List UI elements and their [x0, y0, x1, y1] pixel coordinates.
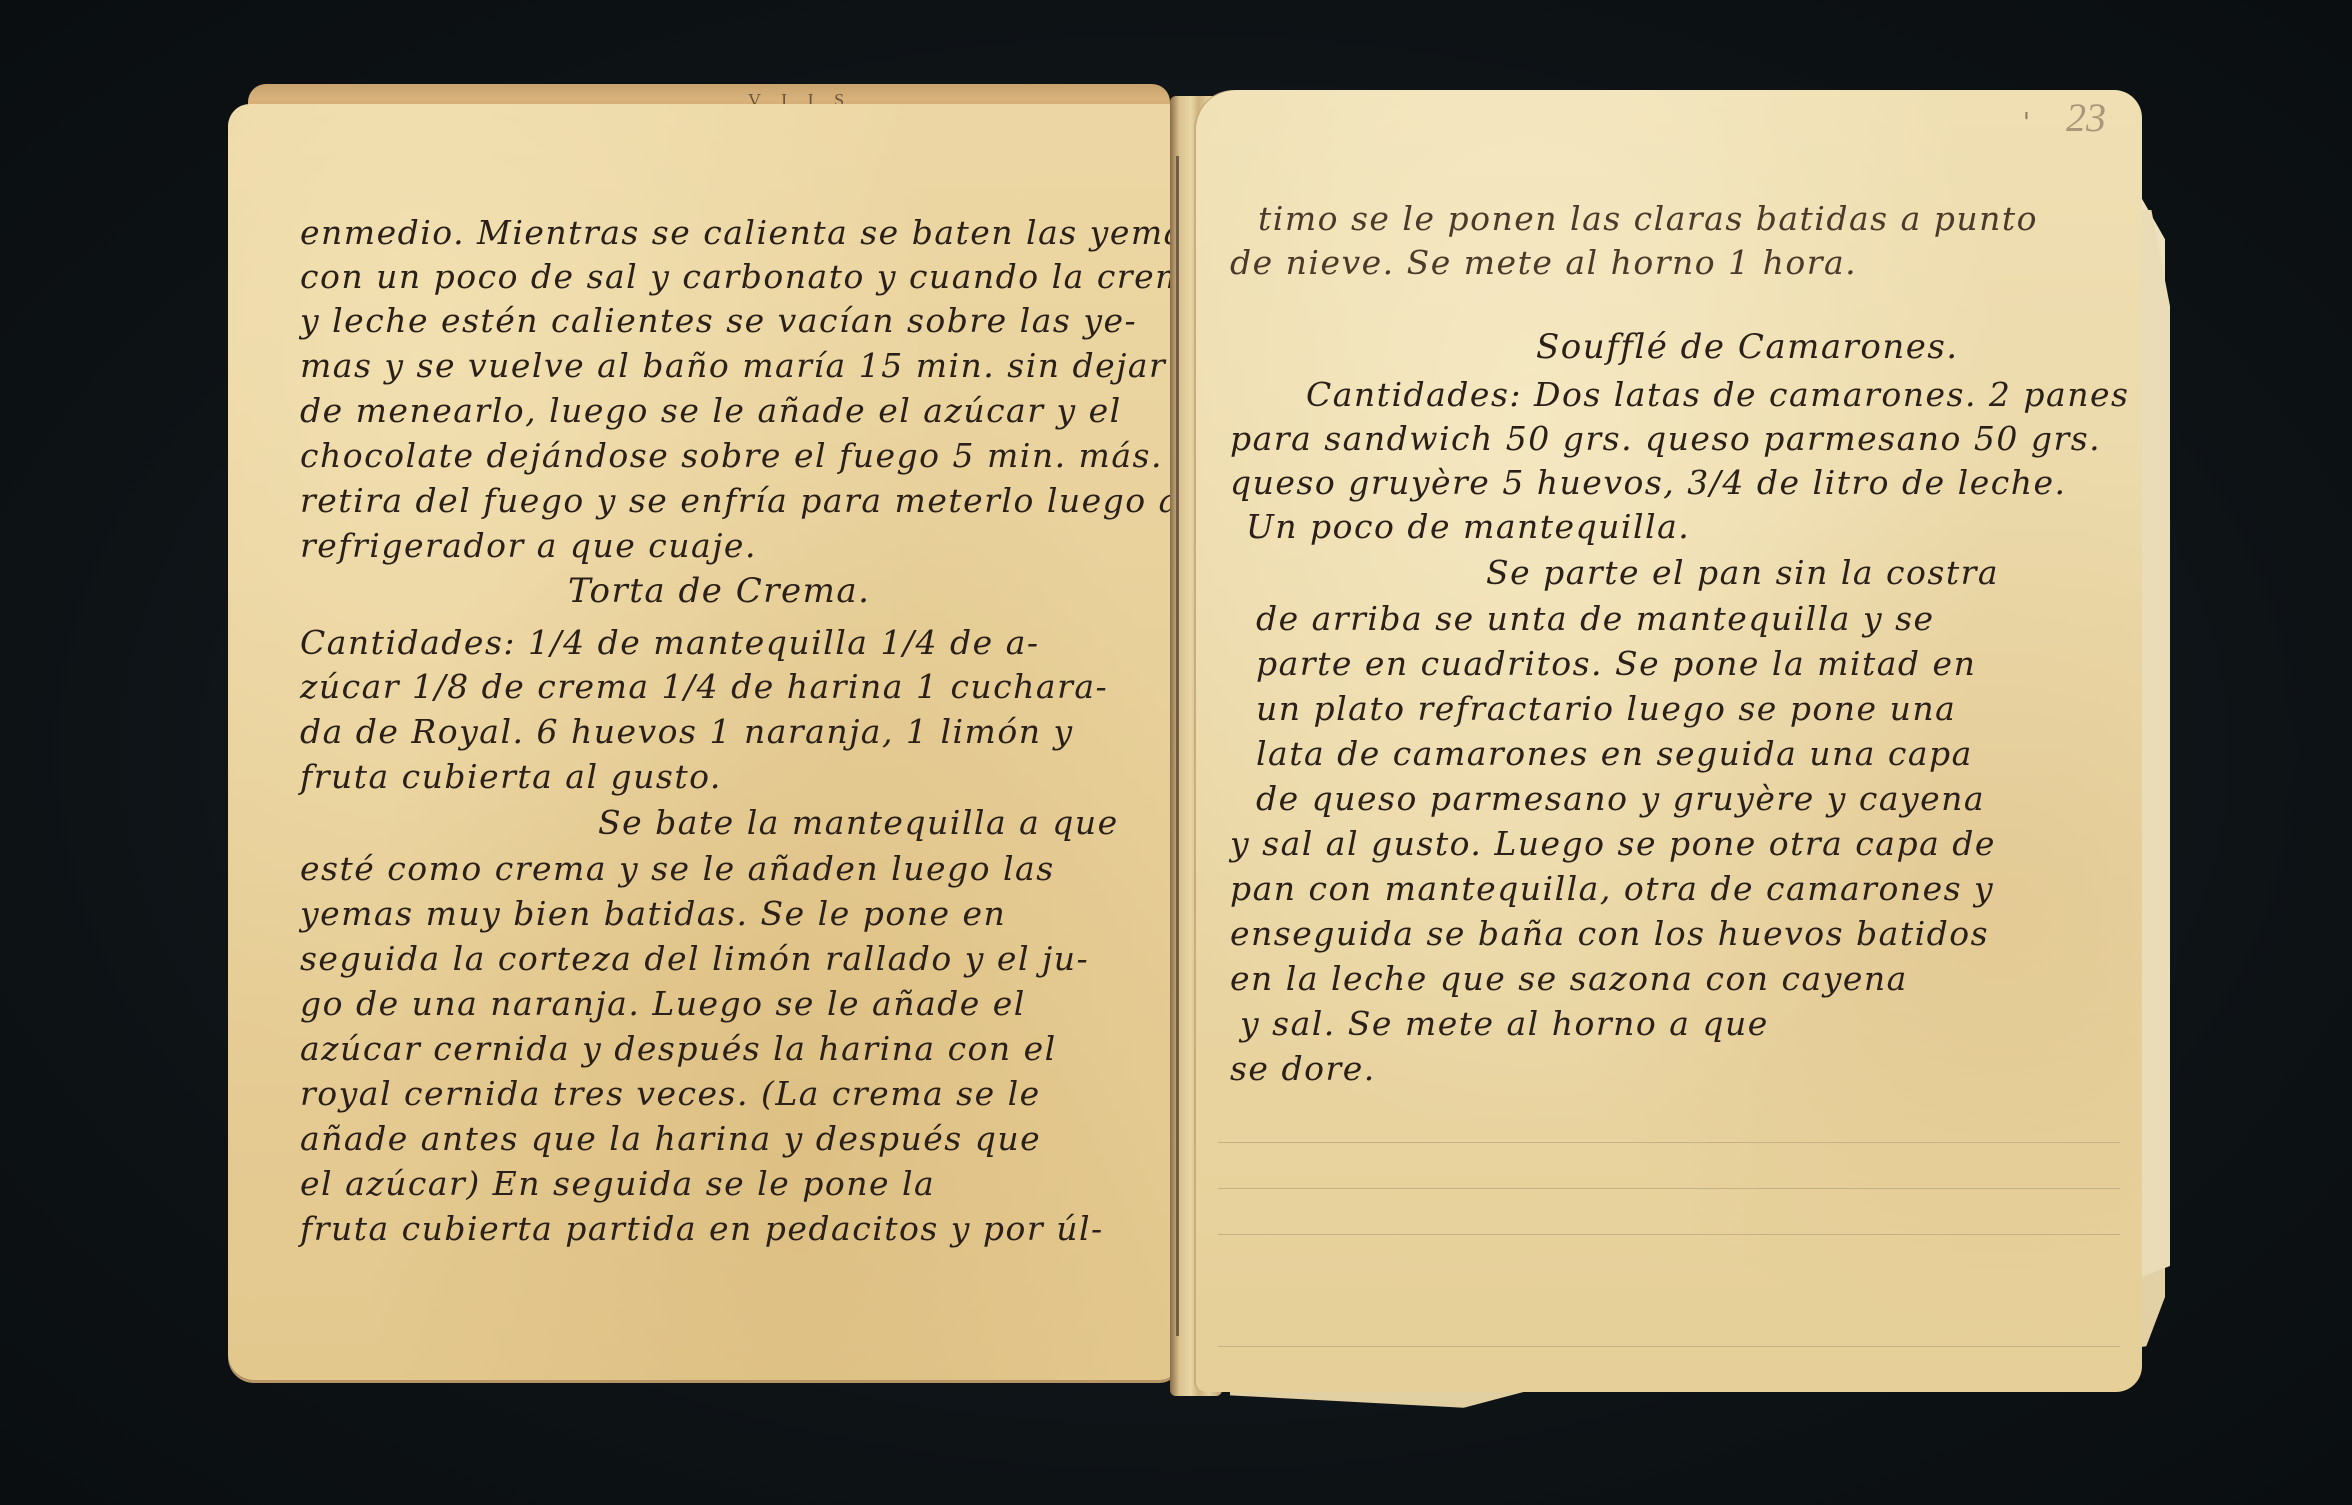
ingredients-line: da de Royal. 6 huevos 1 naranja, 1 limón…: [300, 715, 1074, 748]
instructions-line: enseguida se baña con los huevos batidos: [1230, 917, 1989, 950]
instructions-line: yemas muy bien batidas. Se le pone en: [300, 897, 1006, 930]
instructions-line: Se parte el pan sin la costra: [1486, 556, 1999, 589]
instructions-line: en la leche que se sazona con cayena: [1230, 962, 1908, 995]
text-line: refrigerador a que cuaje.: [300, 529, 757, 562]
ruled-line: [1218, 1346, 2120, 1347]
text-line: con un poco de sal y carbonato y cuando …: [300, 260, 1209, 293]
text-line: enmedio. Mientras se calienta se baten l…: [300, 216, 1203, 249]
instructions-line: seguida la corteza del limón rallado y e…: [300, 942, 1089, 975]
text-line: y leche estén calientes se vacían sobre …: [300, 304, 1137, 337]
instructions-line: parte en cuadritos. Se pone la mitad en: [1256, 647, 1976, 680]
instructions-line: pan con mantequilla, otra de camarones y: [1230, 872, 1994, 905]
page-number: 23: [2066, 94, 2106, 141]
ruled-line: [1218, 1142, 2120, 1143]
instructions-line: y sal al gusto. Luego se pone otra capa …: [1230, 827, 1996, 860]
ingredients-line: Un poco de mantequilla.: [1246, 510, 1690, 543]
instructions-line: un plato refractario luego se pone una: [1256, 692, 1956, 725]
text-line: mas y se vuelve al baño maría 15 min. si…: [300, 349, 1166, 382]
instructions-line: esté como crema y se le añaden luego las: [300, 852, 1055, 885]
ingredients-line: Cantidades: 1/4 de mantequilla 1/4 de a-: [300, 626, 1040, 659]
ingredients-line: fruta cubierta al gusto.: [300, 760, 722, 793]
instructions-line: lata de camarones en seguida una capa: [1256, 737, 1973, 770]
instructions-line: fruta cubierta partida en pedacitos y po…: [300, 1212, 1104, 1245]
text-line: de nieve. Se mete al horno 1 hora.: [1230, 246, 1857, 279]
instructions-line: go de una naranja. Luego se le añade el: [300, 987, 1026, 1020]
recipe-title: Torta de Crema.: [568, 574, 870, 608]
instructions-line: Se bate la mantequilla a que: [598, 806, 1119, 839]
recipe-title: Soufflé de Camarones.: [1536, 330, 1959, 364]
ruled-line: [1218, 1234, 2120, 1235]
instructions-line: royal cernida tres veces. (La crema se l…: [300, 1077, 1041, 1110]
instructions-line: de arriba se unta de mantequilla y se: [1256, 602, 1935, 635]
left-page: enmedio. Mientras se calienta se baten l…: [228, 104, 1178, 1380]
ruled-line: [1218, 1188, 2120, 1189]
instructions-line: el azúcar) En seguida se le pone la: [300, 1167, 935, 1200]
instructions-line: y sal. Se mete al horno a que: [1240, 1007, 1769, 1040]
text-line: timo se le ponen las claras batidas a pu…: [1258, 202, 2038, 235]
right-page: ' 23 timo se le ponen las claras batidas…: [1196, 90, 2142, 1392]
ingredients-line: Cantidades: Dos latas de camarones. 2 pa…: [1306, 378, 2129, 411]
text-line: retira del fuego y se enfría para meterl…: [300, 484, 1192, 517]
text-line: chocolate dejándose sobre el fuego 5 min…: [300, 439, 1220, 472]
ingredients-line: zúcar 1/8 de crema 1/4 de harina 1 cucha…: [300, 670, 1108, 703]
ingredients-line: queso gruyère 5 huevos, 3/4 de litro de …: [1230, 466, 2067, 499]
text-line: de menearlo, luego se le añade el azúcar…: [300, 394, 1122, 427]
page-mark: ': [2023, 108, 2030, 138]
instructions-line: de queso parmesano y gruyère y cayena: [1256, 782, 1985, 815]
instructions-line: añade antes que la harina y después que: [300, 1122, 1041, 1155]
ingredients-line: para sandwich 50 grs. queso parmesano 50…: [1230, 422, 2101, 455]
instructions-line: se dore.: [1230, 1052, 1376, 1085]
instructions-line: azúcar cernida y después la harina con e…: [300, 1032, 1057, 1065]
